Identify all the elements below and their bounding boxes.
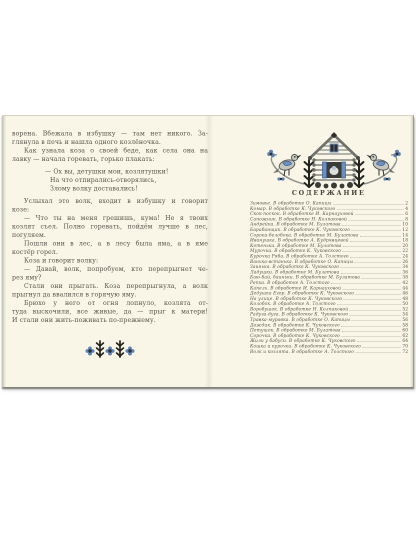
story-line: Как узнала коза о своей беде, как села о… <box>12 146 208 155</box>
leader-dots <box>355 215 404 216</box>
toc-entry-label: Репка. В обработке А. Толстого <box>250 280 330 285</box>
story-line: Пошли они в лес, а в лесу была яма, а в … <box>12 239 208 248</box>
toc-entry-label: Капель. В обработке И. Карнауховой <box>250 286 341 291</box>
toc-entry-page: 50 <box>402 302 408 307</box>
story-line: козе: <box>12 205 208 214</box>
toc-entry-label: Волк и козлята. В обработке А. Толстого <box>250 349 354 354</box>
toc-entry-label: Мурочка. В обработке К. Чуковского <box>250 249 341 254</box>
toc-entry-label: Зимовье. В обработке О. Капицы <box>250 201 332 206</box>
leader-dots <box>360 236 401 237</box>
toc-entry-page: 62 <box>402 333 408 338</box>
story-line: костёр горел. <box>12 248 208 257</box>
book-spread: ворена. Вбежала в избушку — там нет нико… <box>2 115 414 387</box>
leader-dots <box>343 246 401 247</box>
page-right: СОДЕРЖАНИЕ Зимовье. В обработке О. Капиц… <box>208 116 413 387</box>
toc-entry-page: 56 <box>402 318 408 323</box>
leader-dots <box>341 268 401 269</box>
leader-dots <box>357 342 401 343</box>
story-line: козлят съел. Полно горевать, пойдём лучш… <box>12 222 208 231</box>
toc-entry-page: 8 <box>405 217 408 222</box>
story-line: Брюхо у него от огня лопнуло, козлята от… <box>12 299 208 308</box>
leader-dots <box>348 220 403 221</box>
leader-dots <box>350 310 401 311</box>
toc-entry-label: Баю-бай, баиньки. В обработке М. Булатов… <box>250 275 360 280</box>
leader-dots <box>356 294 401 295</box>
flower-sprig-icon <box>83 339 137 359</box>
leader-dots <box>331 283 401 284</box>
story-line: Стали они прыгать. Коза перепрыгнула, а … <box>12 282 208 291</box>
toc-entry-page: 10 <box>402 222 408 227</box>
toc-entry-page: 54 <box>402 312 408 317</box>
leader-dots <box>362 347 401 348</box>
leader-dots <box>355 262 401 263</box>
fir-tree-icon <box>355 160 364 187</box>
leader-dots <box>333 204 404 205</box>
toc-entry-label: Скок-поскок. В обработке И. Карнауховой <box>250 212 354 217</box>
toc-entry-page: 12 <box>402 227 408 232</box>
leader-dots <box>350 315 401 316</box>
toc-heading: СОДЕРЖАНИЕ <box>292 189 366 197</box>
toc-entry-label: Барабанщик. В обработке К. Чуковского <box>250 227 350 232</box>
leader-dots <box>350 241 401 242</box>
leader-dots <box>337 209 404 210</box>
log-cabin-icon <box>264 132 404 194</box>
toc-entry-label: Кошка и курочка. В обработке К. Чуковско… <box>250 344 361 349</box>
toc-entry-page: 70 <box>402 344 408 349</box>
story-line: лавку — начала горевать, горько плакать: <box>12 155 208 164</box>
leader-dots <box>356 352 401 353</box>
toc-entry-page: 22 <box>402 249 408 254</box>
leader-dots <box>337 305 401 306</box>
leader-dots <box>342 252 401 253</box>
story-text: ворена. Вбежала в избушку — там нет нико… <box>12 129 208 324</box>
story-line: На что отпирались-отворялись, <box>50 176 208 185</box>
story-line: — Давай, волк, попробуем, кто перепрыгне… <box>12 265 208 274</box>
story-line: Коза и говорит волку: <box>12 256 208 265</box>
leader-dots <box>343 289 401 290</box>
toc-entry-label: Дедушка Егор. В обработке К. Чуковского <box>250 291 354 296</box>
toc-entry-page: 2 <box>405 201 408 206</box>
toc-entry-page: 52 <box>402 307 408 312</box>
story-line: Злому волку доставались! <box>50 184 208 193</box>
story-line: глянула в печь и нашла одного козлёночка… <box>12 138 208 147</box>
toc-entry-page: 72 <box>402 349 408 354</box>
toc-entry-page: 48 <box>402 296 408 301</box>
story-line: — Что ты на меня грешишь, кума! Не я тво… <box>12 214 208 223</box>
leader-dots <box>351 321 401 322</box>
toc-entry-label: Иванушка. В обработке А. Кудрявцевой <box>250 238 349 243</box>
leader-dots <box>342 225 401 226</box>
leader-dots <box>351 230 400 231</box>
toc-entry-page: 42 <box>402 280 408 285</box>
story-line: прыгнул да ввалился в горячую яму. <box>12 290 208 299</box>
story-line: Услыхал это волк, входит в избушку и гов… <box>12 197 208 206</box>
leader-dots <box>361 278 400 279</box>
toc-entry-page: 18 <box>402 238 408 243</box>
toc-entry-label: Заинька. В обработке К. Чуковского <box>250 265 339 270</box>
toc-entry-label: Петушок. В обработке М. Булатова <box>250 328 341 333</box>
toc-entry-page: 14 <box>402 233 408 238</box>
toc-entry-label: Радуга-дуга. В обработке К. Чуковского <box>250 312 348 317</box>
story-text-block: ворена. Вбежала в избушку — там нет нико… <box>12 129 208 519</box>
toc-entry-page: 38 <box>402 275 408 280</box>
toc-entry-page: 64 <box>402 339 408 344</box>
leader-dots <box>341 336 401 337</box>
toc-entry-page: 34 <box>402 265 408 270</box>
leader-dots <box>341 326 401 327</box>
story-line: ворена. Вбежала в избушку — там нет нико… <box>12 129 208 138</box>
leader-dots <box>344 299 401 300</box>
toc-entry-page: 60 <box>402 328 408 333</box>
toc-entry-page: 26 <box>402 259 408 264</box>
page-left: ворена. Вбежала в избушку — там нет нико… <box>2 116 208 387</box>
toc-entry-page: 44 <box>402 286 408 291</box>
toc-entry-label: Курочка Ряба. В обработке А. Толстого <box>250 254 349 259</box>
story-line: погуляем. <box>12 231 208 240</box>
floral-ornament <box>12 339 208 363</box>
toc-entry-label: Травка-муравка. В обработке О. Капицы <box>250 318 350 323</box>
toc-entry-page: 36 <box>402 270 408 275</box>
fir-tree-icon <box>305 160 314 187</box>
leader-dots <box>342 331 401 332</box>
toc-entry-page: 24 <box>402 254 408 259</box>
toc-entry-label: Андрейка. В обработке М. Булатова <box>250 222 341 227</box>
toc-entry-page: 4 <box>405 206 408 211</box>
toc-entry-label: Жили у бабуси. В обработке К. Чуковского <box>250 339 356 344</box>
house-illustration <box>264 132 404 194</box>
leader-dots <box>350 257 401 258</box>
toc-entry-label: Колобок. В обработке А. Толстого <box>250 302 336 307</box>
toc-list: Зимовье. В обработке О. Капицы 2 Комар. … <box>250 201 408 355</box>
toc-entry-page: 20 <box>402 243 408 248</box>
story-line: И стали они жить-поживать по-прежнему. <box>12 316 208 325</box>
toc-block: Зимовье. В обработке О. Капицы 2 Комар. … <box>250 201 408 508</box>
story-line: туда выскочили, все живые, да — прыг к м… <box>12 307 208 316</box>
toc-entry-page: 46 <box>402 291 408 296</box>
story-line: — Ох вы, детушки мои, козлятушки! <box>45 167 208 176</box>
toc-entry-page: 6 <box>405 212 408 217</box>
story-line: рез яму? <box>12 273 208 282</box>
toc-entry: Волк и козлята. В обработке А. Толстого … <box>250 349 408 354</box>
leader-dots <box>341 273 401 274</box>
toc-entry-page: 58 <box>402 323 408 328</box>
